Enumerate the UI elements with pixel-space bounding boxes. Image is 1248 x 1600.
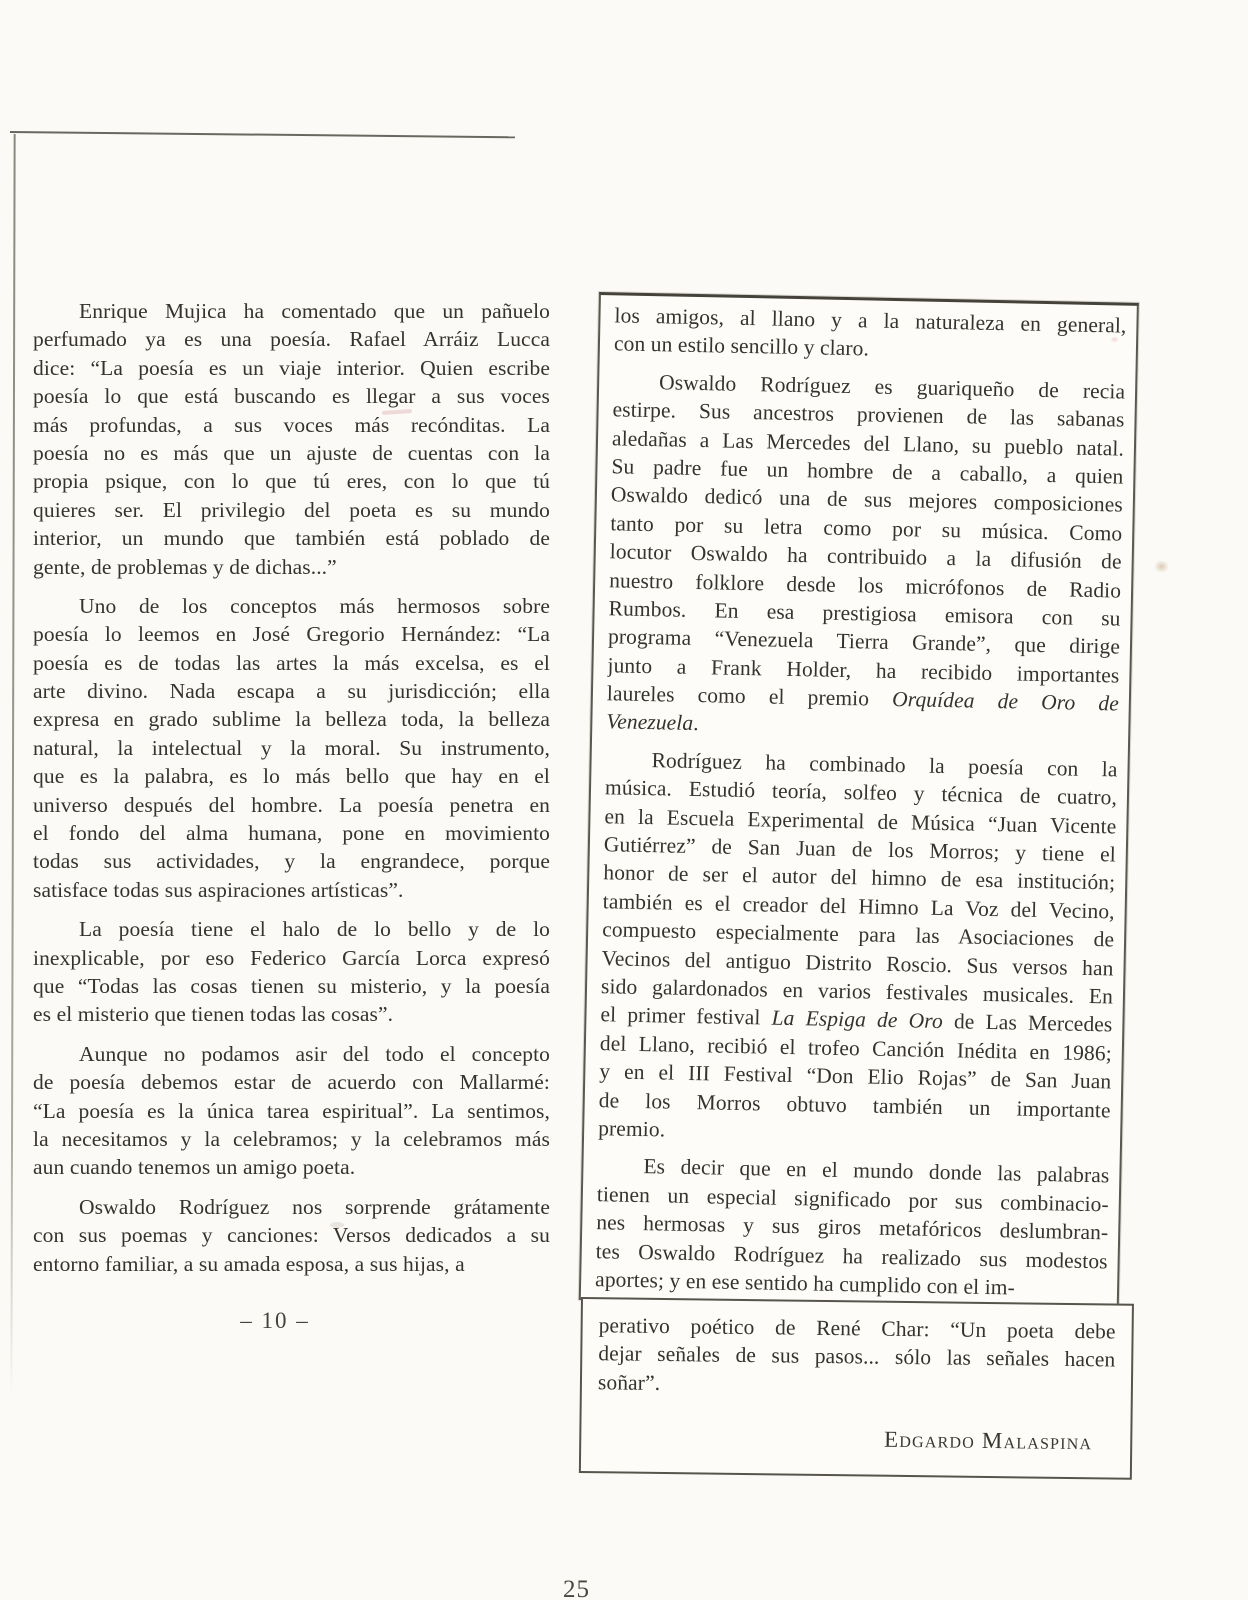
text-line: que es la palabra, es lo más bello que h…: [33, 762, 550, 790]
text-line: es el misterio que tienen todas las cosa…: [33, 1000, 550, 1028]
scan-stain: [1154, 560, 1169, 573]
paragraph: Aunque no podamos asir del todo el conce…: [33, 1040, 550, 1182]
text-line: interior, un mundo que también está pobl…: [33, 524, 550, 552]
bottom-page-number: 25: [563, 1576, 590, 1600]
text-line: poesía es de todas las artes la más exce…: [33, 649, 550, 677]
text-line: el fondo del alma humana, pone en movimi…: [33, 819, 550, 847]
text-line: más profundas, a sus voces más recóndita…: [33, 411, 550, 439]
text-line: dice: “La poesía es un viaje interior. Q…: [33, 354, 550, 382]
paragraph: Es decir que en el mundo donde las palab…: [595, 1151, 1110, 1303]
text-line: Aunque no podamos asir del todo el conce…: [33, 1040, 550, 1068]
text-line: arte divino. Nada escapa a su jurisdicci…: [33, 677, 550, 705]
page-top-edge-line: [10, 131, 515, 138]
text-line: poesía no es más que un ajuste de cuenta…: [33, 439, 550, 467]
text-line: La poesía tiene el halo de lo bello y de…: [33, 915, 550, 943]
newspaper-clipping-box: los amigos, al llano y a la naturaleza e…: [579, 292, 1139, 1311]
paragraph: los amigos, al llano y a la naturaleza e…: [614, 301, 1127, 368]
left-page-number: – 10 –: [190, 1308, 360, 1334]
paragraph: Rodríguez ha combinado la poesía con lam…: [598, 745, 1118, 1153]
text-line: expresa en grado sublime la belleza toda…: [33, 705, 550, 733]
quote-text: perativo poético de René Char: “Un poeta…: [598, 1311, 1116, 1402]
text-line: inexplicable, por eso Federico García Lo…: [33, 944, 550, 972]
text-line: satisface todas sus aspiraciones artísti…: [33, 876, 550, 904]
paragraph: La poesía tiene el halo de lo bello y de…: [33, 915, 550, 1029]
text-line: que “Todas las cosas tienen su misterio,…: [33, 972, 550, 1000]
text-line: entorno familiar, a su amada esposa, a s…: [33, 1250, 550, 1278]
quote-box: perativo poético de René Char: “Un poeta…: [579, 1297, 1134, 1480]
text-line: quieres ser. El privilegio del poeta es …: [33, 496, 550, 524]
text-line: Enrique Mujica ha comentado que un pañue…: [33, 297, 550, 325]
text-line: propia psique, con lo que tú eres, con l…: [33, 467, 550, 495]
text-line: natural, la intelectual y la moral. Su i…: [33, 734, 550, 762]
text-line: de poesía debemos estar de acuerdo con M…: [33, 1068, 550, 1096]
text-line: Uno de los conceptos más hermosos sobre: [33, 592, 550, 620]
scan-stain: [330, 1222, 344, 1228]
text-line: aun cuando tenemos un amigo poeta.: [33, 1153, 550, 1181]
text-line: poesía lo leemos en José Gregorio Hernán…: [33, 620, 550, 648]
text-line: con sus poemas y canciones: Versos dedic…: [33, 1221, 550, 1249]
paragraph: Oswaldo Rodríguez nos sorprende grátamen…: [33, 1193, 550, 1278]
scanned-document-page: { "page": { "background": "#fbfaf6", "in…: [0, 0, 1248, 1600]
text-line: universo después del hombre. La poesía p…: [33, 791, 550, 819]
text-line: perfumado ya es una poesía. Rafael Arrái…: [33, 325, 550, 353]
left-text-column: Enrique Mujica ha comentado que un pañue…: [33, 297, 550, 1278]
paragraph: Enrique Mujica ha comentado que un pañue…: [33, 297, 550, 581]
paragraph: Uno de los conceptos más hermosos sobrep…: [33, 592, 550, 904]
text-line: “La poesía es la única tarea espiritual”…: [33, 1097, 550, 1125]
paragraph: perativo poético de René Char: “Un poeta…: [598, 1311, 1116, 1402]
text-line: todas sus actividades, y la engrandece, …: [33, 847, 550, 875]
page-left-edge-line: [10, 134, 15, 1396]
scan-stain: [1110, 336, 1119, 343]
right-text-column: los amigos, al llano y a la naturaleza e…: [595, 301, 1127, 1303]
text-line: Oswaldo Rodríguez nos sorprende grátamen…: [33, 1193, 550, 1221]
author-signature: Edgardo Malaspina: [884, 1427, 1093, 1456]
paragraph: Oswaldo Rodríguez es guariqueño de recia…: [606, 367, 1125, 746]
text-line: gente, de problemas y de dichas...”: [33, 553, 550, 581]
text-line: la necesitamos y la celebramos; y la cel…: [33, 1125, 550, 1153]
text-line: poesía lo que está buscando es llegar a …: [33, 382, 550, 410]
